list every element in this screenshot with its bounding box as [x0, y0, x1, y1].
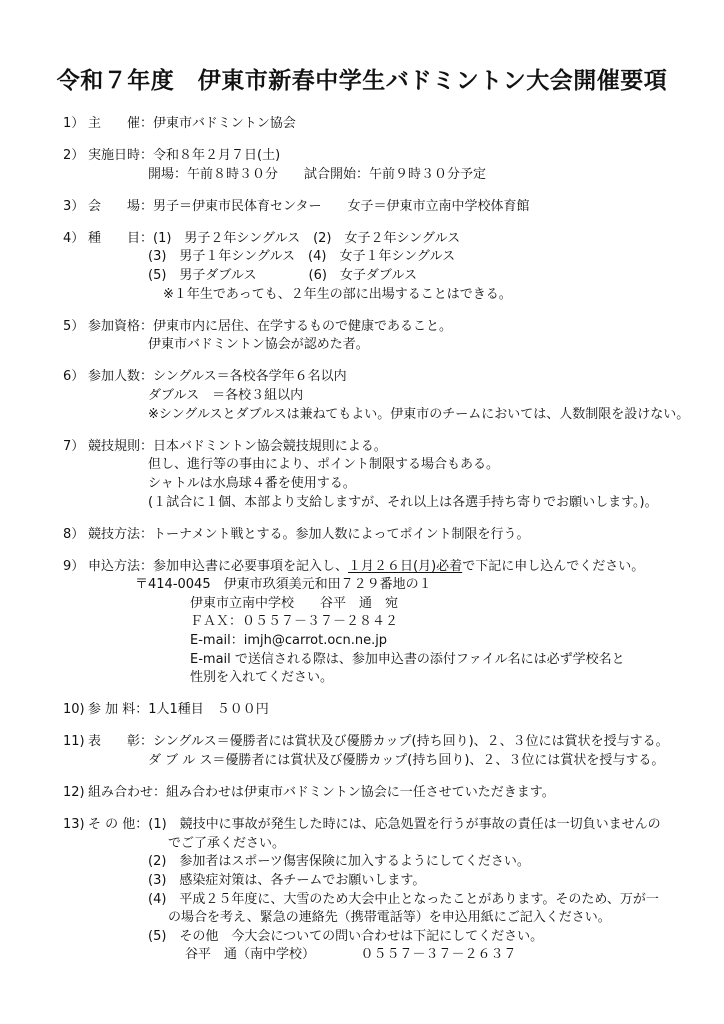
text-run: 組み合わせは伊東市バドミントン協会に一任させていただきます。 — [166, 785, 555, 800]
item-eligibility-line-2: 伊東市バドミントン協会が認めた者。 — [63, 336, 704, 355]
item-eligibility-line-1: 5）参加資格：伊東市内に居住、在学するもので健康であること。 — [63, 318, 704, 337]
item-other-line-4: (3) 感染症対策は、各チームでお願いします。 — [63, 872, 704, 891]
item-rules: 7）競技規則：日本バドミントン協会競技規則による。但し、進行等の事由により、ポイ… — [63, 438, 704, 512]
deadline-underlined-text: １月２６日(月)必着 — [348, 559, 462, 574]
text-run: 伊東市立南中学校 谷平 通 宛 — [190, 596, 398, 611]
item-number: 6） — [63, 368, 88, 387]
item-application: 9）申込方法：参加申込書に必要事項を記入し、１月２６日(月)必着で下記に申し込ん… — [63, 558, 704, 688]
text-run: (2) 参加者はスポーツ傷害保険に加入するようにしてください。 — [148, 854, 530, 869]
item-fee-line-1: 10)参 加 料：1人1種目 ５００円 — [63, 701, 704, 720]
text-run: 〒414-0045 伊東市玖須美元和田７２９番地の１ — [135, 577, 432, 592]
item-number: 12) — [63, 784, 88, 803]
item-label: 競技規則： — [88, 438, 153, 457]
text-run: ※シングルスとダブルスは兼ねてもよい。伊東市のチームにおいては、人数制限を設けな… — [148, 407, 689, 422]
item-number: 3） — [63, 198, 88, 217]
text-run: 日本バドミントン協会競技規則による。 — [153, 439, 387, 454]
item-number: 5） — [63, 318, 88, 337]
document-title: 令和７年度 伊東市新春中学生バドミントン大会開催要項 — [0, 0, 724, 95]
text-run: ＦＡＸ：０５５７－３７－２８４２ — [190, 614, 398, 629]
item-label: 参加資格： — [88, 318, 153, 337]
item-application-line-3: 伊東市立南中学校 谷平 通 宛 — [63, 595, 704, 614]
item-rules-line-1: 7）競技規則：日本バドミントン協会競技規則による。 — [63, 438, 704, 457]
text-run: (4) 平成２５年度に、大雪のため大会中止となったことがあります。そのため、万が… — [148, 892, 659, 907]
item-other-line-1: 13)そ の 他：(1) 競技中に事故が発生した時には、応急処置を行うが事故の責… — [63, 816, 704, 835]
text-run: 開場：午前８時３０分 試合開始：午前９時３０分予定 — [148, 167, 486, 182]
item-number: 13) — [63, 816, 88, 835]
item-organizer-line-1: 1）主 催：伊東市バドミントン協会 — [63, 115, 704, 134]
item-events: 4）種 目：(1) 男子２年シングルス (2) 女子２年シングルス(3) 男子１… — [63, 230, 704, 304]
item-number: 8） — [63, 526, 88, 545]
item-other-line-2: でご了承ください。 — [63, 835, 704, 854]
item-draw: 12)組み合わせ：組み合わせは伊東市バドミントン協会に一任させていただきます。 — [63, 784, 704, 803]
text-run: 1人1種目 ５００円 — [148, 702, 269, 717]
item-participants-line-2: ダブルス ＝各校３組以内 — [63, 387, 704, 406]
text-run: (1) 競技中に事故が発生した時には、応急処置を行うが事故の責任は一切負いません… — [148, 817, 660, 832]
document-page: 令和７年度 伊東市新春中学生バドミントン大会開催要項 1）主 催：伊東市バドミン… — [0, 0, 724, 1024]
item-application-line-7: 性別を入れてください。 — [63, 669, 704, 688]
item-date-time: 2）実施日時：令和８年２月７日(土)開場：午前８時３０分 試合開始：午前９時３０… — [63, 147, 704, 184]
text-run: シングルス＝優勝者には賞状及び優勝カップ(持ち回り)、２、３位には賞状を授与する… — [153, 734, 669, 749]
text-run: ※１年生であっても、２年生の部に出場することはできる。 — [163, 287, 512, 302]
item-participants: 6）参加人数：シングルス＝各校各学年６名以内ダブルス ＝各校３組以内※シングルス… — [63, 368, 704, 424]
text-run: (5) その他 今大会についての問い合わせは下記にしてください。 — [148, 929, 543, 944]
item-label: 申込方法： — [88, 558, 153, 577]
item-draw-line-1: 12)組み合わせ：組み合わせは伊東市バドミントン協会に一任させていただきます。 — [63, 784, 704, 803]
text-run: ダブルス ＝各校３組以内 — [148, 388, 303, 403]
text-run: 谷平 通（南中学校） ０５５７－３７－２６３７ — [185, 947, 517, 962]
item-number: 2） — [63, 147, 88, 166]
item-label: 実施日時： — [88, 147, 153, 166]
item-label: そ の 他： — [88, 816, 148, 835]
item-events-line-3: (5) 男子ダブルス (6) 女子ダブルス — [63, 267, 704, 286]
item-venue: 3）会 場：男子＝伊東市民体育センター 女子＝伊東市立南中学校体育館 — [63, 198, 704, 217]
text-run: (１試合に１個、本部より支給しますが、それ以上は各選手持ち寄りでお願いします。)… — [148, 495, 658, 510]
item-label: 参加人数： — [88, 368, 153, 387]
item-label: 種 目： — [88, 230, 153, 249]
item-number: 9） — [63, 558, 88, 577]
text-run: (5) 男子ダブルス (6) 女子ダブルス — [148, 268, 417, 283]
item-label: 主 催： — [88, 115, 153, 134]
text-run: でご了承ください。 — [168, 836, 285, 851]
item-other-line-8: 谷平 通（南中学校） ０５５７－３７－２６３７ — [63, 946, 704, 965]
text-run: 参加申込書に必要事項を記入し、 — [153, 559, 348, 574]
item-awards: 11)表 彰：シングルス＝優勝者には賞状及び優勝カップ(持ち回り)、２、３位には… — [63, 733, 704, 770]
item-awards-line-1: 11)表 彰：シングルス＝優勝者には賞状及び優勝カップ(持ち回り)、２、３位には… — [63, 733, 704, 752]
text-run: で下記に申し込んでください。 — [462, 559, 644, 574]
item-label: 競技方法： — [88, 526, 153, 545]
item-other: 13)そ の 他：(1) 競技中に事故が発生した時には、応急処置を行うが事故の責… — [63, 816, 704, 965]
text-run: 伊東市内に居住、在学するもので健康であること。 — [153, 319, 452, 334]
item-fee: 10)参 加 料：1人1種目 ５００円 — [63, 701, 704, 720]
item-label: 参 加 料： — [88, 701, 148, 720]
item-other-line-3: (2) 参加者はスポーツ傷害保険に加入するようにしてください。 — [63, 853, 704, 872]
item-application-line-2: 〒414-0045 伊東市玖須美元和田７２９番地の１ — [63, 576, 704, 595]
text-run: E-mail：imjh@carrot.ocn.ne.jp — [190, 633, 387, 648]
item-label: 組み合わせ： — [88, 784, 166, 803]
item-number: 1） — [63, 115, 88, 134]
text-run: 令和８年２月７日(土) — [153, 148, 280, 163]
item-rules-line-2: 但し、進行等の事由により、ポイント制限する場合もある。 — [63, 456, 704, 475]
item-application-line-5: E-mail：imjh@carrot.ocn.ne.jp — [63, 632, 704, 651]
item-other-line-7: (5) その他 今大会についての問い合わせは下記にしてください。 — [63, 928, 704, 947]
text-run: の場合を考え、緊急の連絡先（携帯電話等）を申込用紙にご記入ください。 — [168, 910, 611, 925]
item-number: 7） — [63, 438, 88, 457]
item-label: 表 彰： — [88, 733, 153, 752]
item-participants-line-3: ※シングルスとダブルスは兼ねてもよい。伊東市のチームにおいては、人数制限を設けな… — [63, 406, 704, 425]
item-label: 会 場： — [88, 198, 153, 217]
text-run: (1) 男子２年シングルス (2) 女子２年シングルス — [153, 231, 460, 246]
item-rules-line-4: (１試合に１個、本部より支給しますが、それ以上は各選手持ち寄りでお願いします。)… — [63, 494, 704, 513]
item-application-line-6: E-mail で送信される際は、参加申込書の添付ファイル名には必ず学校名と — [63, 651, 704, 670]
text-run: シャトルは水鳥球４番を使用する。 — [148, 476, 356, 491]
text-run: 伊東市バドミントン協会が認めた者。 — [148, 337, 369, 352]
item-application-line-1: 9）申込方法：参加申込書に必要事項を記入し、１月２６日(月)必着で下記に申し込ん… — [63, 558, 704, 577]
text-run: (3) 男子１年シングルス (4) 女子１年シングルス — [148, 249, 455, 264]
item-venue-line-1: 3）会 場：男子＝伊東市民体育センター 女子＝伊東市立南中学校体育館 — [63, 198, 704, 217]
document-body: 1）主 催：伊東市バドミントン協会2）実施日時：令和８年２月７日(土)開場：午前… — [63, 115, 704, 965]
item-rules-line-3: シャトルは水鳥球４番を使用する。 — [63, 475, 704, 494]
item-other-line-6: の場合を考え、緊急の連絡先（携帯電話等）を申込用紙にご記入ください。 — [63, 909, 704, 928]
text-run: E-mail で送信される際は、参加申込書の添付ファイル名には必ず学校名と — [190, 652, 625, 667]
text-run: 性別を入れてください。 — [190, 670, 333, 685]
text-run: 男子＝伊東市民体育センター 女子＝伊東市立南中学校体育館 — [153, 199, 529, 214]
text-run: シングルス＝各校各学年６名以内 — [153, 369, 347, 384]
item-format: 8）競技方法：トーナメント戦とする。参加人数によってポイント制限を行う。 — [63, 526, 704, 545]
item-participants-line-1: 6）参加人数：シングルス＝各校各学年６名以内 — [63, 368, 704, 387]
item-date-time-line-2: 開場：午前８時３０分 試合開始：午前９時３０分予定 — [63, 166, 704, 185]
item-events-line-4: ※１年生であっても、２年生の部に出場することはできる。 — [63, 286, 704, 305]
item-events-line-2: (3) 男子１年シングルス (4) 女子１年シングルス — [63, 248, 704, 267]
text-run: ダ ブ ル ス＝優勝者には賞状及び優勝カップ(持ち回り)、２、３位には賞状を授与… — [148, 753, 664, 768]
item-organizer: 1）主 催：伊東市バドミントン協会 — [63, 115, 704, 134]
text-run: トーナメント戦とする。参加人数によってポイント制限を行う。 — [153, 527, 529, 542]
item-eligibility: 5）参加資格：伊東市内に居住、在学するもので健康であること。伊東市バドミントン協… — [63, 318, 704, 355]
item-format-line-1: 8）競技方法：トーナメント戦とする。参加人数によってポイント制限を行う。 — [63, 526, 704, 545]
item-awards-line-2: ダ ブ ル ス＝優勝者には賞状及び優勝カップ(持ち回り)、２、３位には賞状を授与… — [63, 752, 704, 771]
item-events-line-1: 4）種 目：(1) 男子２年シングルス (2) 女子２年シングルス — [63, 230, 704, 249]
text-run: (3) 感染症対策は、各チームでお願いします。 — [148, 873, 425, 888]
item-number: 11) — [63, 733, 88, 752]
item-application-line-4: ＦＡＸ：０５５７－３７－２８４２ — [63, 613, 704, 632]
item-number: 10) — [63, 701, 88, 720]
item-number: 4） — [63, 230, 88, 249]
text-run: 伊東市バドミントン協会 — [153, 116, 296, 131]
text-run: 但し、進行等の事由により、ポイント制限する場合もある。 — [148, 457, 499, 472]
item-date-time-line-1: 2）実施日時：令和８年２月７日(土) — [63, 147, 704, 166]
item-other-line-5: (4) 平成２５年度に、大雪のため大会中止となったことがあります。そのため、万が… — [63, 891, 704, 910]
